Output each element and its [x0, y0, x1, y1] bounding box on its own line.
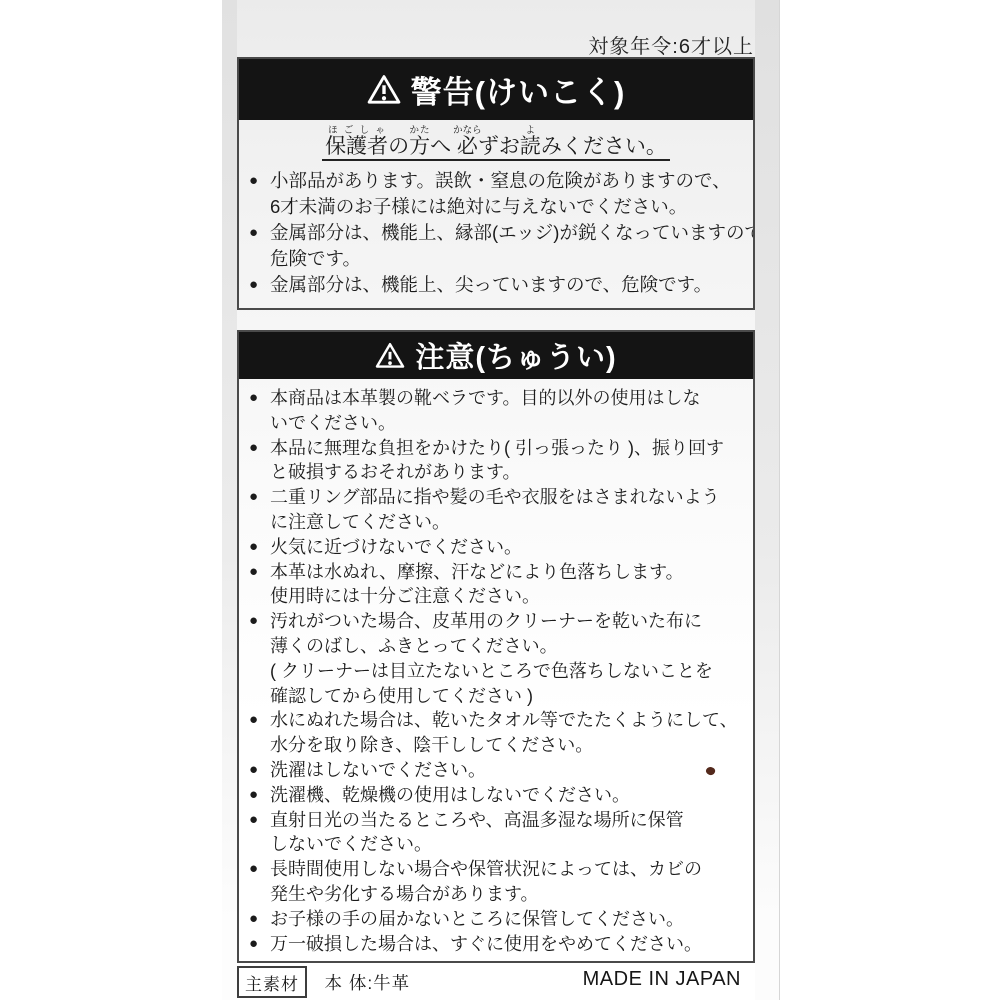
materials-row: 主素材 本 体:牛革 MADE IN JAPAN: [237, 966, 755, 998]
bullet-icon: ●: [249, 907, 258, 932]
parental-notice-text: 保護者ほごしゃの方かたへ 必かならずお読よみください。: [322, 125, 670, 162]
materials-label: 主素材: [237, 966, 307, 998]
list-item: ●水にぬれた場合は、乾いたタオル等でたたくようにして、水分を取り除き、陰干しして…: [249, 708, 753, 758]
parental-notice: 保護者ほごしゃの方かたへ 必かならずお読よみください。: [239, 120, 753, 166]
list-item: ●お子様の手の届かないところに保管してください。: [249, 907, 753, 932]
list-item: ●火気に近づけないでください。: [249, 535, 753, 560]
list-item: ●本商品は本革製の靴ベラです。目的以外の使用はしないでください。: [249, 386, 753, 436]
warning-title: 警告(けいこく): [411, 67, 626, 112]
caution-list: ●本商品は本革製の靴ベラです。目的以外の使用はしないでください。●本品に無理な負…: [239, 379, 753, 956]
bullet-icon: ●: [249, 485, 258, 510]
list-item: ●金属部分は、機能上、縁部(エッジ)が鋭くなっていますので、危険です。: [249, 220, 753, 272]
list-item: ●洗濯機、乾燥機の使用はしないでください。: [249, 783, 753, 808]
bullet-icon: ●: [249, 609, 258, 634]
bullet-icon: ●: [249, 560, 258, 585]
list-item: ●本品に無理な負担をかけたり( 引っ張ったり )、振り回すと破損するおそれがあり…: [249, 436, 753, 486]
bullet-icon: ●: [249, 932, 258, 957]
list-item: ●長時間使用しない場合や保管状況によっては、カビの発生や劣化する場合があります。: [249, 857, 753, 907]
warning-section: 警告(けいこく) 保護者ほごしゃの方かたへ 必かならずお読よみください。 ●小部…: [237, 57, 755, 310]
warning-list: ●小部品があります。誤飲・窒息の危険がありますので、6才未満のお子様には絶対に与…: [239, 166, 753, 298]
bullet-icon: ●: [249, 808, 258, 833]
list-item: ●万一破損した場合は、すぐに使用をやめてください。: [249, 932, 753, 957]
bullet-icon: ●: [249, 272, 258, 298]
bullet-icon: ●: [249, 386, 258, 411]
list-item: ●小部品があります。誤飲・窒息の危険がありますので、6才未満のお子様には絶対に与…: [249, 168, 753, 220]
list-item: ●直射日光の当たるところや、高温多湿な場所に保管しないでください。: [249, 808, 753, 858]
bullet-icon: ●: [249, 857, 258, 882]
caution-section: 注意(ちゅうい) ●本商品は本革製の靴ベラです。目的以外の使用はしないでください…: [237, 330, 755, 963]
age-restriction-note: 対象年令:6才以上: [588, 30, 754, 59]
list-item: ●汚れがついた場合、皮革用のクリーナーを乾いた布に薄くのばし、ふきとってください…: [249, 609, 753, 708]
made-in-japan-label: MADE IN JAPAN: [583, 968, 741, 991]
caution-triangle-icon: [375, 342, 405, 369]
bullet-icon: ●: [249, 436, 258, 461]
bullet-icon: ●: [249, 783, 258, 808]
list-item: ●本革は水ぬれ、摩擦、汗などにより色落ちします。使用時には十分ご注意ください。: [249, 560, 753, 610]
bullet-icon: ●: [249, 220, 258, 246]
caution-header: 注意(ちゅうい): [239, 332, 753, 379]
bullet-icon: ●: [249, 708, 258, 733]
product-care-tag: 対象年令:6才以上 警告(けいこく) 保護者ほごしゃの方かたへ 必かならずお読よ…: [222, 0, 780, 1000]
caution-title: 注意(ちゅうい): [415, 335, 616, 376]
warning-header: 警告(けいこく): [239, 59, 753, 120]
list-item: ●洗濯はしないでください。: [249, 758, 753, 783]
list-item: ●金属部分は、機能上、尖っていますので、危険です。: [249, 272, 753, 298]
bullet-icon: ●: [249, 535, 258, 560]
bullet-icon: ●: [249, 168, 258, 194]
list-item: ●二重リング部品に指や髪の毛や衣服をはさまれないように注意してください。: [249, 485, 753, 535]
bullet-icon: ●: [249, 758, 258, 783]
materials-value: 本 体:牛革: [324, 966, 410, 995]
warning-triangle-icon: [367, 74, 401, 105]
